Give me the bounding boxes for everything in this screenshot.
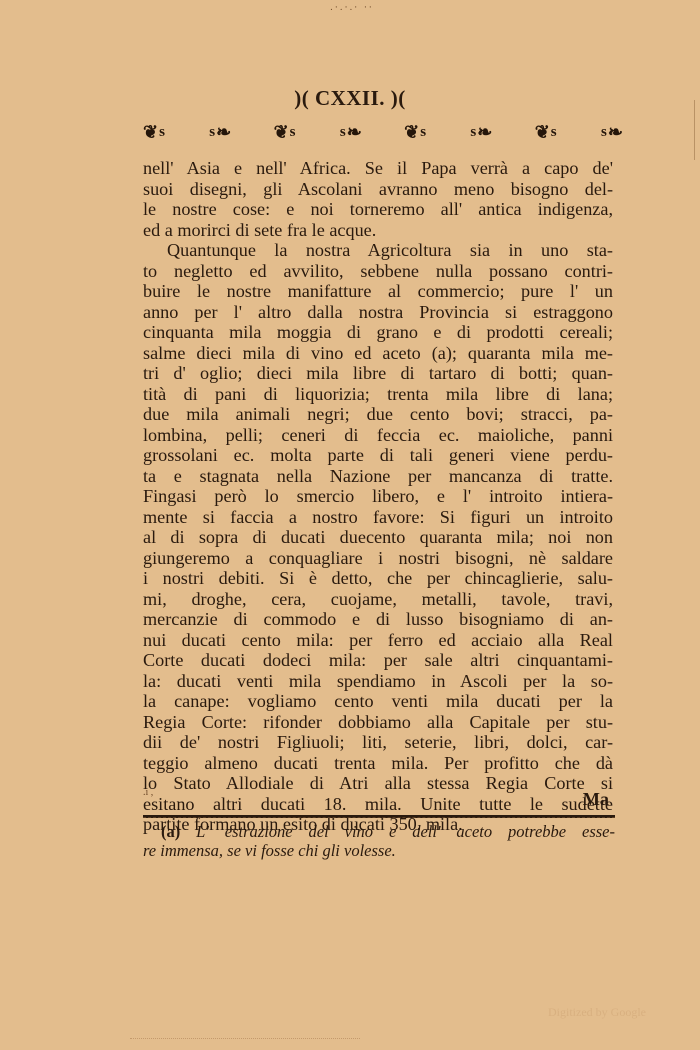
text-line: due mila animali negri; due cento bovi; … — [143, 404, 613, 425]
footnote-line: re immensa, se vi fosse chi gli volesse. — [143, 841, 615, 860]
body-text: nell' Asia e nell' Africa. Se il Papa ve… — [143, 158, 613, 835]
text-line: i nostri debiti. Si è detto, che per chi… — [143, 568, 613, 589]
text-line: to negletto ed avvilito, sebbene nulla p… — [143, 261, 613, 282]
text-line: nell' Asia e nell' Africa. Se il Papa ve… — [143, 158, 613, 179]
text-line: ta e stagnata nella Nazione per mancanza… — [143, 466, 613, 487]
text-line: cinquanta mila moggia di grano e di prod… — [143, 322, 613, 343]
text-line: teggio almeno ducati trenta mila. Per pr… — [143, 753, 613, 774]
book-page: .·.·.· ·· )( CXXII. )( ❦ss❧❦ss❧❦ss❧❦ss❧ … — [0, 0, 700, 1050]
footnote-text: L' estrazione del vino e dell' aceto pot… — [196, 822, 615, 841]
fleuron-ornament-icon: s❧ — [469, 122, 492, 143]
fleuron-ornament-icon: ❦s — [535, 122, 558, 143]
text-line: salme dieci mila di vino ed aceto (a); q… — [143, 343, 613, 364]
text-line: dii de' nostri Figliuoli; liti, seterie,… — [143, 732, 613, 753]
fleuron-ornament-icon: ❦s — [274, 122, 297, 143]
page-edge-mark — [130, 1038, 360, 1041]
text-line: mi, droghe, cera, cuojame, metalli, tavo… — [143, 589, 613, 610]
ink-specks: .·.·.· ·· — [330, 3, 374, 13]
text-line: tità di pani di liquorizia; trenta mila … — [143, 384, 613, 405]
footnote-separator-rule — [143, 815, 615, 818]
text-line: al di sopra di ducati duecento quaranta … — [143, 527, 613, 548]
fleuron-ornament-icon: ❦s — [404, 122, 427, 143]
text-line: lombina, pelli; ceneri di feccia ec. mai… — [143, 425, 613, 446]
text-line: Corte ducati dodeci mila: per sale altri… — [143, 650, 613, 671]
text-line: la canape: vogliamo cento venti mila duc… — [143, 691, 613, 712]
decorative-fleuron-band: ❦ss❧❦ss❧❦ss❧❦ss❧ — [143, 119, 623, 145]
footnote-marker: (a) — [161, 822, 180, 841]
fleuron-ornament-icon: ❦s — [143, 122, 166, 143]
text-line: tri d' oglio; dieci mila libre di tartar… — [143, 363, 613, 384]
text-line: mente si faccia a nostro favore: Si figu… — [143, 507, 613, 528]
text-line: ed a morirci di sete fra le acque. — [143, 220, 613, 241]
text-line: buire le nostre manifatture al commercio… — [143, 281, 613, 302]
footnote-line: (a) L' estrazione del vino e dell' aceto… — [143, 822, 615, 841]
fleuron-ornament-icon: s❧ — [600, 122, 623, 143]
text-line: Regia Corte: rifonder dobbiamo alla Capi… — [143, 712, 613, 733]
footnote: (a) L' estrazione del vino e dell' aceto… — [143, 822, 615, 860]
paragraph-start-line: Quantunque la nostra Agricoltura sia in … — [143, 240, 613, 261]
text-line: anno per l' altro dalla nostra Provincia… — [143, 302, 613, 323]
text-line: la: ducati venti mila spendiamo in Ascol… — [143, 671, 613, 692]
digitization-watermark: Digitized by Google — [548, 1005, 646, 1020]
page-number-heading: )( CXXII. )( — [0, 86, 700, 111]
text-line: nui ducati cento mila: per ferro ed acci… — [143, 630, 613, 651]
catchword: Ma — [583, 789, 609, 810]
text-line: le nostre cose: e noi torneremo all' ant… — [143, 199, 613, 220]
text-line: giungeremo a conquagliare i nostri bisog… — [143, 548, 613, 569]
fleuron-ornament-icon: s❧ — [208, 122, 231, 143]
text-line: mercanzie di commodo e di lusso bisognia… — [143, 609, 613, 630]
text-line: Fingasi però lo smercio libero, e l' int… — [143, 486, 613, 507]
catchword-row: .ı , Ma — [143, 789, 613, 809]
ink-specks: .ı , — [143, 787, 153, 798]
text-line: grossolani ec. molta parte di tali gener… — [143, 445, 613, 466]
text-line: suoi disegni, gli Ascolani avranno meno … — [143, 179, 613, 200]
fleuron-ornament-icon: s❧ — [339, 122, 362, 143]
